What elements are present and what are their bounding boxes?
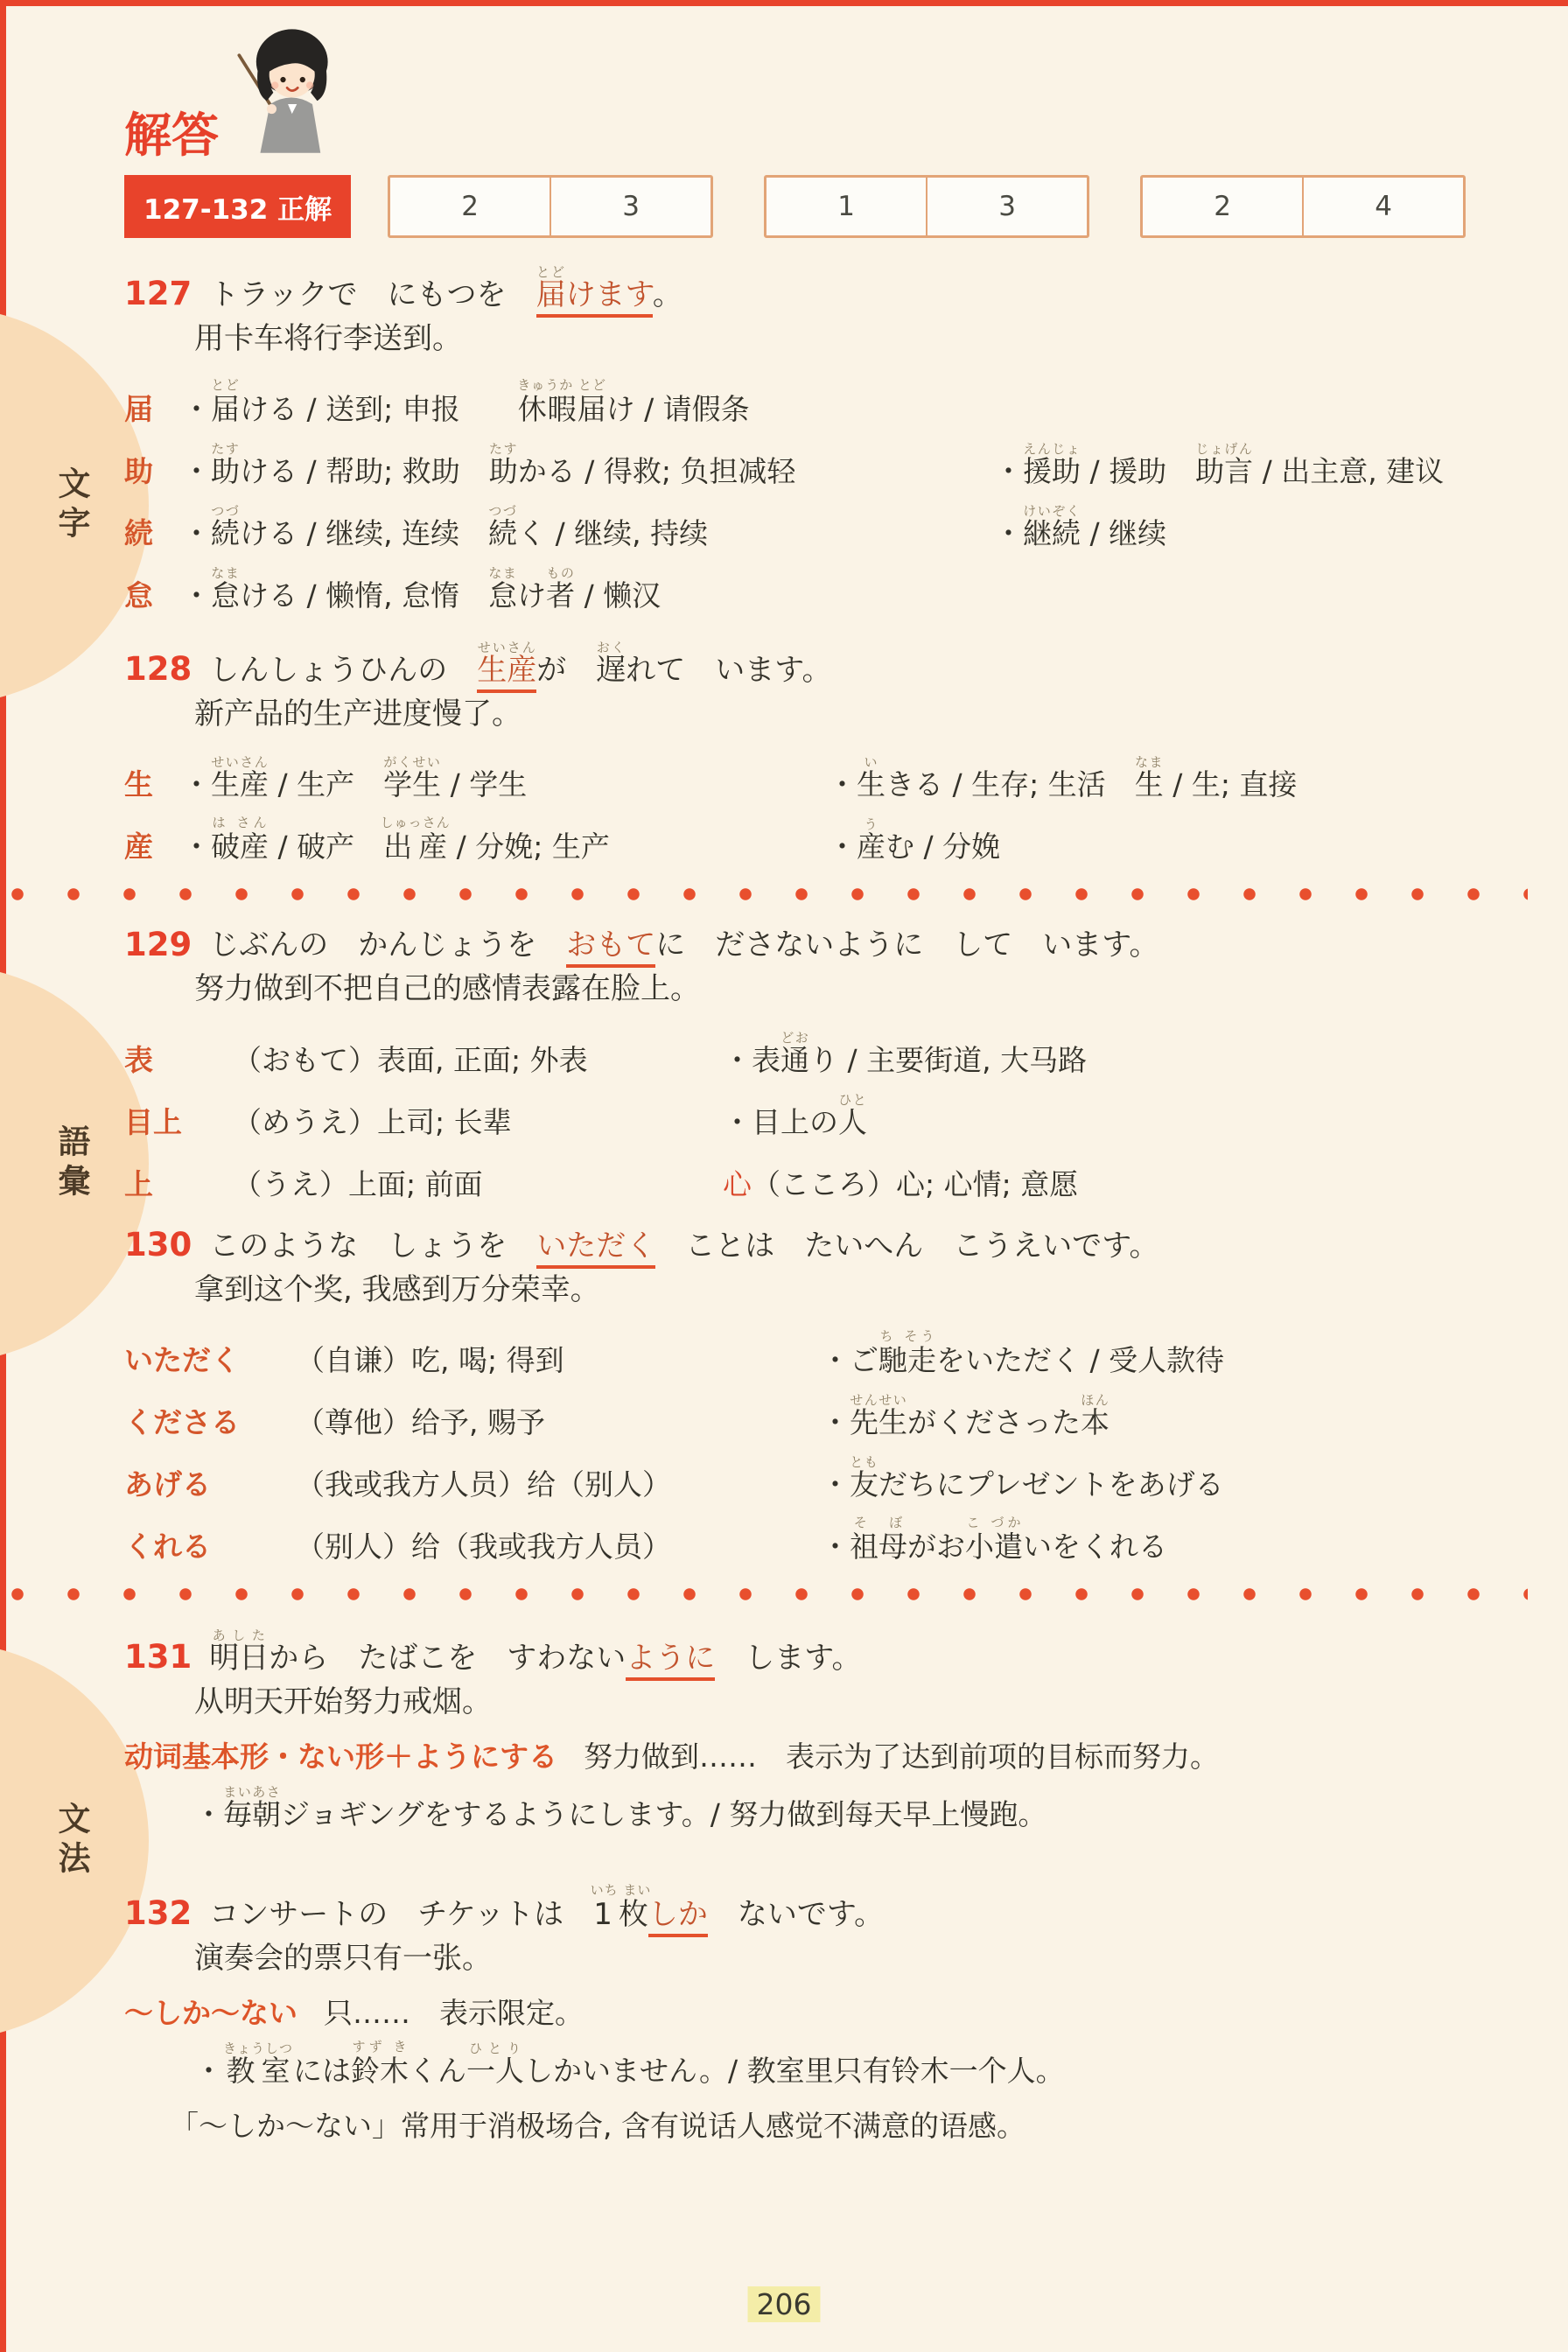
vocab-head: いただく (124, 1343, 296, 1378)
answer-cell: 4 (1302, 178, 1463, 235)
answer-group-1: 2 3 (388, 175, 713, 238)
answer-group-3: 2 4 (1140, 175, 1466, 238)
question-sentence-row: 131 明日あしたから たばこを すわないように します。 (124, 1627, 1528, 1676)
section-number: 128 (124, 652, 192, 688)
grammar-pattern-description: 只…… 表示限定。 (324, 1991, 584, 2032)
vocab-head: 目上 (124, 1105, 233, 1140)
question-sentence-row: 129 じぶんの かんじょうを おもてに ださないように して います。 (124, 927, 1528, 963)
tab-bunpou-label: 文法 (47, 1802, 94, 1880)
section-translation: 用卡车将行李送到。 (194, 321, 1528, 357)
section-131: 131 明日あしたから たばこを すわないように します。 从明天开始努力戒烟。… (124, 1627, 1528, 1833)
vocab-row: 怠 ・怠なまける / 懒惰, 怠惰 怠なまけ者もの / 懒汉 (124, 557, 1528, 613)
vocab-right: ・ご馳走ち そうをいただく / 受人款待 (821, 1328, 1528, 1378)
vocab-right: ・先生せんせいがくださった本ほん (821, 1392, 1528, 1440)
example-sentence: ・毎朝まいあさジョギングをするようにします。/ 努力做到每天早上慢跑。 (194, 1781, 1528, 1833)
section-translation: 新产品的生产进度慢了。 (194, 696, 1528, 732)
answer-bar-label: 127-132 正解 (124, 175, 351, 238)
vocab-row: くれる （别人）给（我或我方人员） ・祖母そ ぼがお小遣こ づかいをくれる (124, 1508, 1528, 1564)
page-header: 解答 (124, 23, 1528, 161)
vocab-head: くださる (124, 1405, 296, 1440)
page-content: 解答 127-132 正解 2 (124, 0, 1528, 2145)
grammar-pattern-row: ～しか～ない 只…… 表示限定。 (124, 1991, 1528, 2032)
answer-cell: 2 (1143, 178, 1302, 235)
usage-note: 「～しか～ない」常用于消极场合, 含有说话人感觉不满意的语感。 (170, 2103, 1528, 2145)
vocab-left: （めうえ）上司; 长辈 (233, 1105, 723, 1140)
section-translation: 拿到这个奖, 我感到万分荣幸。 (194, 1272, 1528, 1308)
grammar-pattern-row: 动词基本形・ない形＋ようにする 努力做到…… 表示为了达到前项的目标而努力。 (124, 1734, 1528, 1775)
vocab-head: 産 (124, 829, 182, 864)
page-title: 解答 (124, 112, 219, 159)
vocab-right: ・友ともだちにプレゼントをあげる (821, 1454, 1528, 1502)
vocab-right: ・目上の人ひと (723, 1092, 1528, 1140)
vocab-left: （别人）给（我或我方人员） (296, 1529, 821, 1564)
vocab-row: 目上 （めうえ）上司; 长辈 ・目上の人ひと (124, 1083, 1528, 1139)
vocab-left: （おもて）表面, 正面; 外表 (233, 1043, 723, 1078)
section-translation: 从明天开始努力戒烟。 (194, 1684, 1528, 1720)
vocab-row: 表 （おもて）表面, 正面; 外表 ・表通どおり / 主要街道, 大马路 (124, 1021, 1528, 1077)
vocab-right: 心（こころ）心; 心情; 意愿 (723, 1167, 1528, 1202)
section-number: 130 (124, 1228, 192, 1263)
vocab-left: （自谦）吃, 喝; 得到 (296, 1343, 821, 1378)
vocab-head: 表 (124, 1043, 233, 1078)
vocab-left: ・生産せいさん / 生产 学生がくせい / 学生 (182, 754, 828, 802)
answer-cell: 3 (926, 178, 1087, 235)
section-number: 131 (124, 1640, 192, 1676)
tab-goi-label: 語彙 (47, 1124, 94, 1203)
question-sentence-row: 127 トラックで にもつを 届とどけます。 (124, 264, 1528, 312)
dotted-divider (10, 1587, 1528, 1601)
vocab-head: 怠 (124, 578, 182, 613)
grammar-pattern-description: 努力做到…… 表示为了达到前项的目标而努力。 (584, 1734, 1219, 1775)
section-129: 129 じぶんの かんじょうを おもてに ださないように して います。 努力做… (124, 927, 1528, 1201)
vocab-head: 続 (124, 516, 182, 551)
question-sentence-row: 132 コンサートの チケットは 1枚いち まいしか ないです。 (124, 1882, 1528, 1932)
vocab-left: ・怠なまける / 懒惰, 怠惰 怠なまけ者もの / 懒汉 (182, 565, 994, 613)
answer-group-2: 1 3 (764, 175, 1089, 238)
vocab-left: （我或我方人员）给（别人） (296, 1467, 821, 1502)
vocab-row: いただく （自谦）吃, 喝; 得到 ・ご馳走ち そうをいただく / 受人款待 (124, 1322, 1528, 1378)
vocab-row: あげる （我或我方人员）给（别人） ・友ともだちにプレゼントをあげる (124, 1446, 1528, 1502)
section-132: 132 コンサートの チケットは 1枚いち まいしか ないです。 演奏会的票只有… (124, 1882, 1528, 2145)
grammar-pattern: 动词基本形・ない形＋ようにする (124, 1734, 557, 1775)
section-127: 127 トラックで にもつを 届とどけます。 用卡车将行李送到。 届 ・届とどけ… (124, 264, 1528, 613)
vocab-head: 上 (124, 1167, 233, 1202)
vocab-right: ・生いきる / 生存; 生活 生なま / 生; 直接 (828, 754, 1528, 802)
answer-cell: 3 (549, 178, 710, 235)
section-number: 129 (124, 927, 192, 963)
vocab-left: ・届とどける / 送到; 申报 休暇届きゅうか とどけ / 请假条 (182, 377, 994, 427)
vocab-row: 上 （うえ）上面; 前面 心（こころ）心; 心情; 意愿 (124, 1145, 1528, 1201)
section-sentence: 明日あしたから たばこを すわないように します。 (209, 1627, 861, 1676)
vocab-left: ・破産は さん / 破产 出産しゅっさん / 分娩; 生产 (182, 815, 828, 864)
grammar-pattern: ～しか～ない (124, 1991, 297, 2032)
vocab-left: ・助たすける / 帮助; 救助 助たすかる / 得救; 负担减轻 (182, 441, 994, 489)
answer-cell: 2 (390, 178, 549, 235)
vocab-row: くださる （尊他）给予, 赐予 ・先生せんせいがくださった本ほん (124, 1384, 1528, 1440)
section-sentence: トラックで にもつを 届とどけます。 (209, 264, 682, 312)
answer-cell: 1 (766, 178, 926, 235)
vocab-left: ・続つづける / 继续, 连续 続つづく / 继续, 持续 (182, 503, 994, 551)
vocab-right: ・祖母そ ぼがお小遣こ づかいをくれる (821, 1515, 1528, 1564)
section-sentence: じぶんの かんじょうを おもてに ださないように して います。 (209, 928, 1158, 962)
vocab-row: 生 ・生産せいさん / 生产 学生がくせい / 学生 ・生いきる / 生存; 生… (124, 746, 1528, 802)
vocab-row: 助 ・助たすける / 帮助; 救助 助たすかる / 得救; 负担减轻 ・援助えん… (124, 433, 1528, 489)
vocab-row: 産 ・破産は さん / 破产 出産しゅっさん / 分娩; 生产 ・産うむ / 分… (124, 808, 1528, 864)
vocab-right: ・表通どおり / 主要街道, 大马路 (723, 1030, 1528, 1078)
vocab-head: 生 (124, 767, 182, 802)
book-page: 文字 語彙 文法 解答 (0, 0, 1568, 2352)
section-sentence: コンサートの チケットは 1枚いち まいしか ないです。 (209, 1882, 884, 1932)
section-number: 132 (124, 1896, 192, 1932)
vocab-head: あげる (124, 1467, 296, 1502)
section-translation: 演奏会的票只有一张。 (194, 1941, 1528, 1977)
vocab-left: （うえ）上面; 前面 (233, 1167, 723, 1202)
teacher-mascot-illustration (227, 23, 350, 161)
answer-groups: 2 3 1 3 2 4 (388, 175, 1528, 238)
vocab-right: ・継続けいぞく / 继续 (994, 503, 1528, 551)
section-128: 128 しんしょうひんの 生産せいさんが 遅おくれて います。 新产品的生产进度… (124, 640, 1528, 864)
example-sentence: ・教室きょうしつには鈴木すず きくん一人ひとりしかいません。/ 教室里只有铃木一… (194, 2037, 1528, 2089)
answer-bar: 127-132 正解 2 3 1 3 2 4 (124, 175, 1528, 238)
tab-moji-label: 文字 (47, 466, 94, 545)
vocab-head: くれる (124, 1529, 296, 1564)
vocab-left: （尊他）给予, 赐予 (296, 1405, 821, 1440)
section-130: 130 このような しょうを いただく ことは たいへん こうえいです。 拿到这… (124, 1228, 1528, 1564)
section-sentence: しんしょうひんの 生産せいさんが 遅おくれて います。 (209, 640, 831, 688)
section-translation: 努力做到不把自己的感情表露在脸上。 (194, 971, 1528, 1007)
section-number: 127 (124, 276, 192, 312)
vocab-head: 届 (124, 392, 182, 427)
question-sentence-row: 128 しんしょうひんの 生産せいさんが 遅おくれて います。 (124, 640, 1528, 688)
vocab-head: 助 (124, 454, 182, 489)
section-sentence: このような しょうを いただく ことは たいへん こうえいです。 (209, 1229, 1158, 1263)
vocab-right: ・援助えんじょ / 援助 助言じょげん / 出主意, 建议 (994, 441, 1528, 489)
vocab-right: ・産うむ / 分娩 (828, 816, 1528, 864)
vocab-row: 続 ・続つづける / 继续, 连续 続つづく / 继续, 持续 ・継続けいぞく … (124, 495, 1528, 551)
dotted-divider (10, 887, 1528, 901)
page-number: 206 (748, 2286, 821, 2322)
question-sentence-row: 130 このような しょうを いただく ことは たいへん こうえいです。 (124, 1228, 1528, 1263)
vocab-row: 届 ・届とどける / 送到; 申报 休暇届きゅうか とどけ / 请假条 (124, 371, 1528, 427)
